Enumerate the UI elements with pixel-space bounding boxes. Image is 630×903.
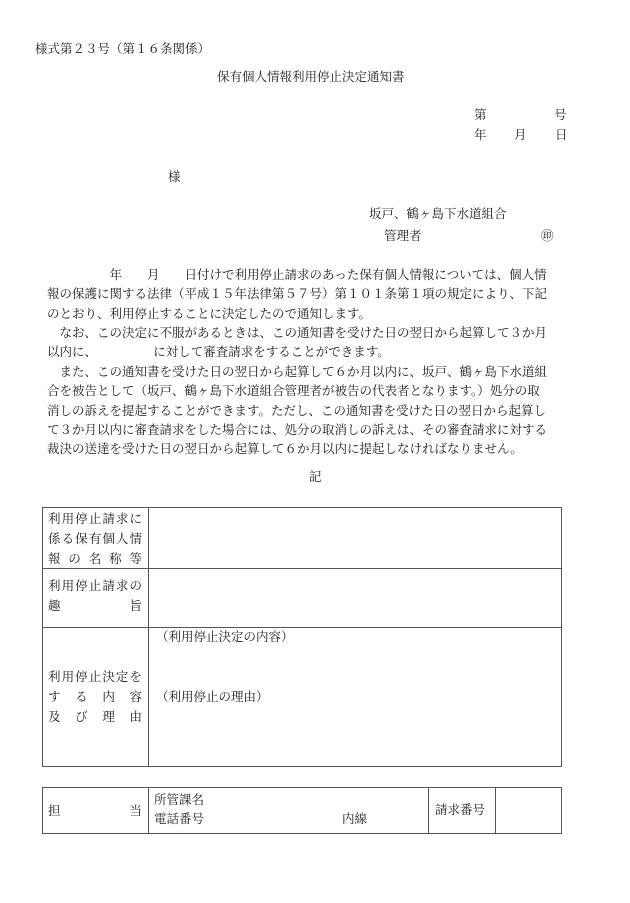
dept-label: 所管課名: [154, 791, 204, 809]
paragraph-line: 以内に、 に対して審査請求をすることができます。: [47, 342, 567, 361]
phone-label: 電話番号: [154, 810, 204, 828]
decision-reason-heading: （利用停止の理由）: [156, 687, 269, 707]
label-decision-content-reason: 利用停止決定を する内容 及び理由: [48, 667, 142, 727]
label-line: 趣旨: [48, 596, 142, 616]
doc-number-prefix: 第: [474, 108, 487, 122]
label-line: する内容: [48, 687, 142, 707]
doc-number-suffix: 号: [554, 108, 567, 122]
extension-label: 内線: [342, 810, 367, 828]
paragraph-line: また、この通知書を受けた日の翌日から起算して６か月以内に、坂戸、鶴ヶ島下水道組: [47, 362, 567, 381]
paragraph-line: て３か月以内に審査請求をした場合には、処分の取消しの訴えは、その審査請求に対する: [47, 420, 567, 439]
contact-column-divider: [148, 787, 149, 834]
issuer-title: 管理者: [384, 229, 422, 243]
addressee-suffix: 様: [168, 170, 181, 184]
document-title: 保有個人情報利用停止決定通知書: [217, 70, 405, 84]
seal-mark: ㊞: [541, 229, 554, 243]
request-number-label: 請求番号: [435, 800, 485, 820]
label-line: 利用停止決定を: [48, 667, 142, 687]
value-requested-info-name[interactable]: [152, 510, 557, 565]
label-request-purpose: 利用停止請求の 趣旨: [48, 576, 142, 616]
value-request-purpose[interactable]: [152, 572, 557, 624]
label-line: 利用停止請求の: [48, 576, 142, 596]
request-number-value[interactable]: [499, 790, 557, 830]
contact-column-divider: [428, 787, 429, 834]
paragraph-decision: 年 月 日付けで利用停止請求のあった保有個人情報については、個人情 報の保護に関…: [47, 265, 567, 323]
date-day: 日: [555, 128, 568, 142]
date-year: 年: [474, 128, 487, 142]
label-line: 報の名称等: [48, 549, 142, 569]
paragraph-line: のとおり、利用停止することに決定したので通知します。: [47, 304, 567, 323]
table-row-divider: [42, 627, 562, 628]
date-month: 月: [514, 128, 527, 142]
paragraph-line: なお、この決定に不服があるときは、この通知書を受けた日の翌日から起算して３か月: [47, 323, 567, 342]
label-line: 及び理由: [48, 707, 142, 727]
paragraph-line: 消しの訴えを提起することができます。ただし、この通知書を受けた日の翌日から起算し: [47, 401, 567, 420]
paragraph-line: 合を被告として（坂戸、鶴ヶ島下水道組合管理者が被告の代表者となります。）処分の取: [47, 381, 567, 400]
contact-label: 担当: [48, 801, 142, 821]
paragraph-line: 裁決の送達を受けた日の翌日から起算して６か月以内に提起しなければなりません。: [47, 439, 567, 458]
paragraph-line: 報の保護に関する法律（平成１５年法律第５７号）第１０１条第１項の規定により、下記: [47, 284, 567, 303]
ki-heading: 記: [309, 470, 322, 484]
paragraph-appeal: なお、この決定に不服があるときは、この通知書を受けた日の翌日から起算して３か月 …: [47, 323, 567, 362]
label-line: 担当: [48, 801, 142, 821]
contact-column-divider: [495, 787, 496, 834]
label-requested-info-name: 利用停止請求に 係る保有個人情 報の名称等: [48, 509, 142, 569]
issuer-org: 坂戸、鶴ヶ島下水道組合: [369, 207, 507, 221]
form-number: 様式第２３号（第１６条関係）: [35, 42, 210, 56]
table-column-divider: [148, 507, 149, 767]
label-line: 利用停止請求に: [48, 509, 142, 529]
decision-content-heading: （利用停止決定の内容）: [156, 627, 294, 647]
paragraph-line: 年 月 日付けで利用停止請求のあった保有個人情報については、個人情: [47, 265, 567, 284]
paragraph-lawsuit: また、この通知書を受けた日の翌日から起算して６か月以内に、坂戸、鶴ヶ島下水道組 …: [47, 362, 567, 458]
label-line: 係る保有個人情: [48, 529, 142, 549]
